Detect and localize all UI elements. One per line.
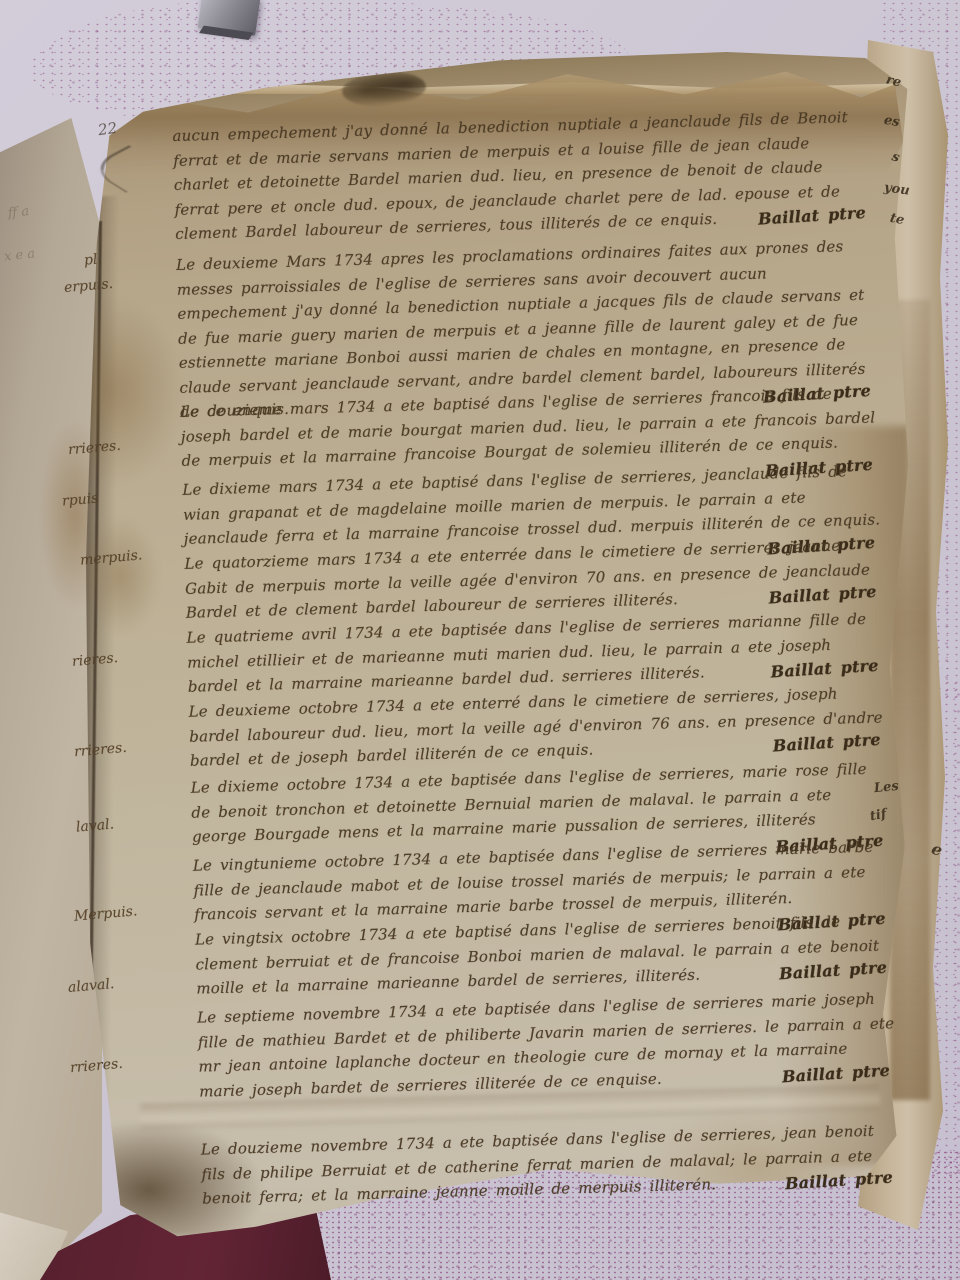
priest-signature: Baillat ptre [772,727,887,759]
edge-text-fragment: tif [869,807,888,825]
margin-note: pl. [83,251,102,268]
register-entry: aucun empechement j'ay donné la benedict… [172,105,872,247]
entry-text: Le douzieme novembre 1734 a ete baptisée… [201,1122,875,1208]
margin-note: laval. [75,816,114,835]
margin-note: rpuis [61,490,99,509]
priest-signature: Baillat ptre [781,1058,896,1090]
priest-signature: Baillat ptre [784,1165,899,1197]
bleedthrough-mark: ff a [7,204,30,221]
edge-text-fragment: es [883,113,901,130]
edge-text-fragment: Les [873,779,899,797]
register-entry: Le septieme novembre 1734 a ete baptisée… [197,986,896,1103]
handwritten-text-column: aucun empechement j'ay donné la benedict… [172,98,904,1257]
pencil-mark: 22 [97,119,118,139]
entry-text: Le douzieme mars 1734 a ete baptisé dans… [180,385,876,470]
bleedthrough-mark: x e a [3,246,35,264]
entry-text: aucun empechement j'ay donné la benedict… [172,108,848,243]
priest-signature: Baillat ptre [757,201,872,233]
priest-signature: Baillat ptre [778,955,893,987]
register-entry: Le douzieme novembre 1734 a ete baptisée… [200,1118,899,1211]
metal-clamp [198,0,261,36]
paper-stain [84,296,184,486]
paper-stain [80,516,160,636]
edge-text-fragment: te [889,211,906,229]
entry-text: Le dixieme octobre 1734 a ete baptisée d… [190,760,866,846]
entry-text: Le vingtsix octobre 1734 a ete baptisé d… [195,913,880,998]
